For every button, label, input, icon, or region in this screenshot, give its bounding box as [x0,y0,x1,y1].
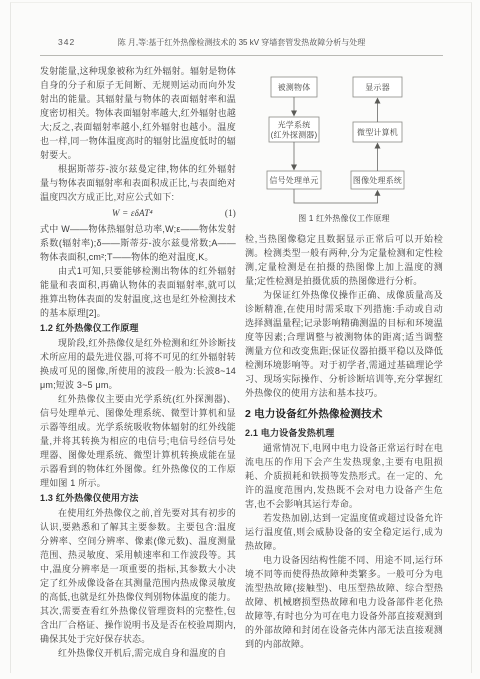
paragraph: 若发热加剧,达到一定温度值或超过设备允许运行温度值,则会威胁设备的安全稳定运行,… [245,511,443,553]
flow-box-label: 显示器 [365,83,390,92]
section-heading-1-3: 1.3 红外热像仪使用方法 [40,491,236,505]
flow-box-label: 光学系统 [278,120,311,130]
flow-box-label: 微型计算机 [357,127,398,137]
paragraph: 红外热像仪主要由光学系统(红外探测器)、信号处理单元、图像处理系统、微型计算机和… [40,392,236,490]
two-column-body: 发射能量,这种现象被称为红外辐射。辐射是物体自身的分子和原子无间断、无规则运动而… [40,64,443,660]
section-heading-2: 2 电力设备红外热像检测技术 [245,407,443,421]
left-column: 发射能量,这种现象被称为红外辐射。辐射是物体自身的分子和原子无间断、无规则运动而… [40,64,236,660]
section-heading-2-1: 2.1 电力设备发热机理 [245,426,443,440]
figure-1-caption: 图 1 红外热像仪工作原理 [245,212,443,226]
flow-box-label: (红外探测器) [271,130,318,140]
paragraph: 现阶段,红外热像仪是红外检测和红外诊断技术所应用的最先进仪器,可将不可见的红外辐… [40,336,236,392]
paragraph: 根据斯蒂芬-波尔兹曼定律,物体的红外辐射量与物体表面辐射率和表面积成正比,与表面… [40,162,236,204]
paragraph: 为保证红外热像仪操作正确、成像质量高及诊断精准,在使用时需采取下列措施:手动或自… [245,288,443,400]
equation-number: (1) [225,206,236,220]
page-number: 342 [58,37,75,47]
paper-page: 342 陈 月,等:基于红外热像检测技术的 35 kV 穿墙套管发热故障分析与处… [0,0,480,660]
flow-box-label: 被测物体 [278,82,311,92]
paragraph: 在使用红外热像仪之前,首先要对其有初步的认识,要熟悉和了解其主要参数。主要包含:… [40,506,236,646]
page-header: 342 陈 月,等:基于红外热像检测技术的 35 kV 穿墙套管发热故障分析与处… [40,36,443,50]
paragraph: 检,当热图像稳定且数据显示正常后可以开始检测。检测类型一般有两种,分为定量检测和… [245,232,443,288]
paragraph: 由式1可知,只要能够检测出物体的红外辐射能量和表面积,再确认物体的表面辐射率,就… [40,264,236,320]
equation-1: W = εδAT⁴ (1) [40,206,236,220]
flow-box-label: 信号处理单元 [269,175,318,185]
right-column: 被测物体 光学系统 (红外探测器) 信号处理单元 显示器 微型计算机 图像处理系… [245,64,443,660]
flowchart-svg: 被测物体 光学系统 (红外探测器) 信号处理单元 显示器 微型计算机 图像处理系… [245,66,443,208]
paragraph: 通常情况下,电网中电力设备正常运行时在电流电压的作用下会产生发热现象,主要有电阻… [245,441,443,511]
paragraph: 电力设备因结构性能不同、用途不同,运行环境不同等而使得热故障种类繁多。一般可分为… [245,553,443,651]
flow-connector-bottom [294,189,378,203]
running-title: 陈 月,等:基于红外热像检测技术的 35 kV 穿墙套管发热故障分析与处理 [40,36,443,48]
header-rule [40,55,443,56]
paragraph: 发射能量,这种现象被称为红外辐射。辐射是物体自身的分子和原子无间断、无规则运动而… [40,64,236,162]
paragraph: 红外热像仪开机后,需完成自身和温度的自 [40,646,236,660]
paragraph: 式中 W——物体热辐射总功率,W;ε——物体发射系数(辐射率);δ——斯蒂芬-波… [40,222,236,264]
flow-box-label: 图像处理系统 [353,175,402,185]
section-heading-1-2: 1.2 红外热像仪工作原理 [40,321,236,335]
figure-1-flowchart: 被测物体 光学系统 (红外探测器) 信号处理单元 显示器 微型计算机 图像处理系… [245,66,443,226]
equation-expression: W = εδAT⁴ [40,206,225,220]
